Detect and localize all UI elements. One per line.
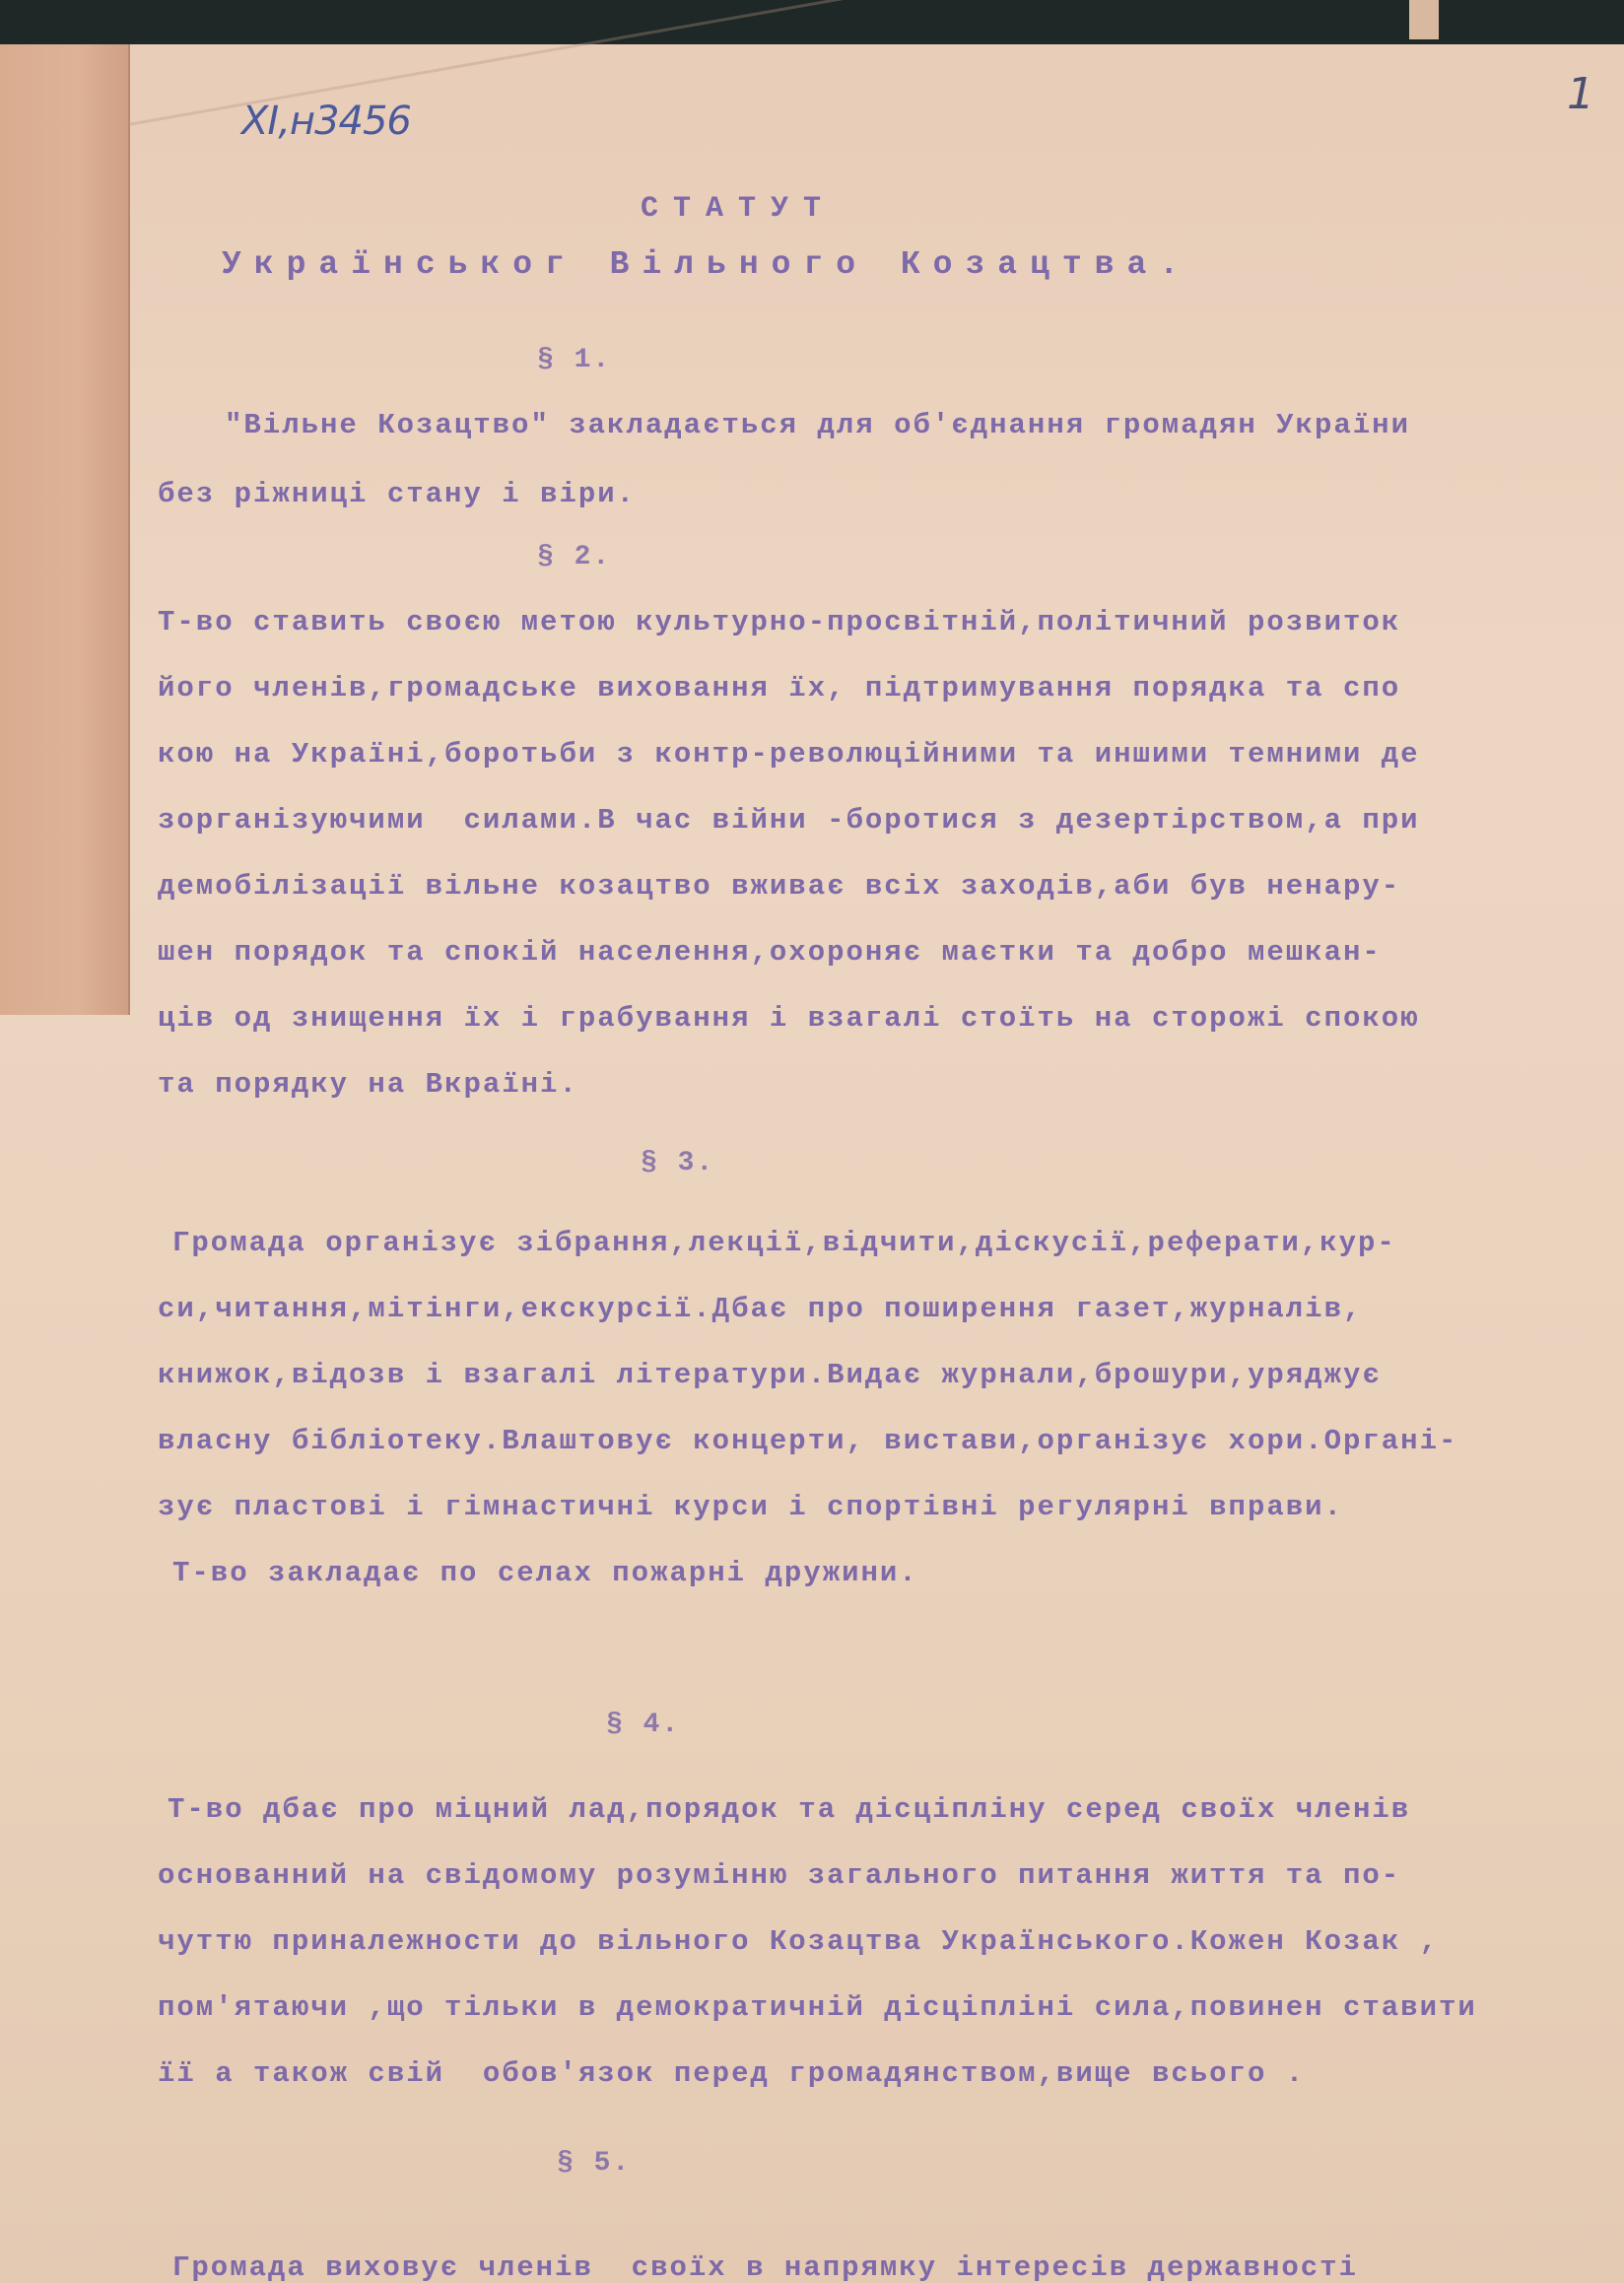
text-line: Т-во ставить своєю метою культурно-просв… — [158, 606, 1400, 638]
text-line: шен порядок та спокій населення,охороняє… — [158, 936, 1382, 969]
underlying-sheet-edge — [1409, 0, 1439, 39]
text-line: зорганізуючими силами.В час війни -борот… — [158, 804, 1420, 837]
section-marker: § 1. — [537, 345, 611, 375]
text-line: основанний на свідомому розумінню загаль… — [158, 1859, 1400, 1892]
section-marker: § 4. — [606, 1710, 680, 1740]
scanner-background — [0, 0, 1624, 49]
text-line: Т-во закладає по селах пожарні дружини. — [172, 1557, 918, 1589]
text-line: та порядку на Вкраїні. — [158, 1068, 578, 1101]
text-line: книжок,відозв і взагалі літератури.Видає… — [158, 1359, 1382, 1391]
document-page: XI,н3456 1 СТАТУТ Українськог Вільного К… — [0, 44, 1624, 2283]
text-line: Громада організує зібрання,лекції,відчит… — [172, 1227, 1396, 1259]
text-line: власну бібліотеку.Влаштовує концерти, ви… — [158, 1425, 1457, 1457]
text-line: її а також свій обов'язок перед громадян… — [158, 2057, 1305, 2090]
section-marker: § 2. — [537, 542, 611, 572]
page-number: 1 — [1567, 69, 1594, 119]
text-line: пом'ятаючи ,що тільки в демократичній ді… — [158, 1991, 1477, 2024]
document-subtitle: Українськог Вільного Козацтва. — [222, 246, 1191, 283]
section-marker: § 3. — [641, 1148, 714, 1178]
archive-number: XI,н3456 — [241, 99, 411, 144]
text-line: си,читання,мітінги,екскурсії.Дбає про по… — [158, 1293, 1362, 1325]
text-line: демобілізації вільне козацтво вживає всі… — [158, 870, 1400, 903]
text-line: його членів,громадське виховання їх, під… — [158, 672, 1400, 705]
text-line: "Вільне Козацтво" закладається для об'єд… — [225, 409, 1410, 441]
text-line: кою на Україні,боротьби з контр-революці… — [158, 738, 1420, 771]
text-line: Т-во дбає про міцний лад,порядок та дісц… — [168, 1793, 1410, 1826]
binding-tape — [0, 44, 130, 1015]
text-line: ців од знищення їх і грабування і взагал… — [158, 1002, 1420, 1035]
text-line: зує пластові і гімнастичні курси і спорт… — [158, 1491, 1343, 1523]
text-line: чуттю приналежности до вільного Козацтва… — [158, 1925, 1439, 1958]
text-line: без ріжниці стану і віри. — [158, 478, 636, 510]
text-line: Громада виховує членів своїх в напрямку … — [172, 2251, 1358, 2283]
document-title: СТАТУТ — [641, 192, 836, 226]
section-marker: § 5. — [557, 2148, 631, 2179]
